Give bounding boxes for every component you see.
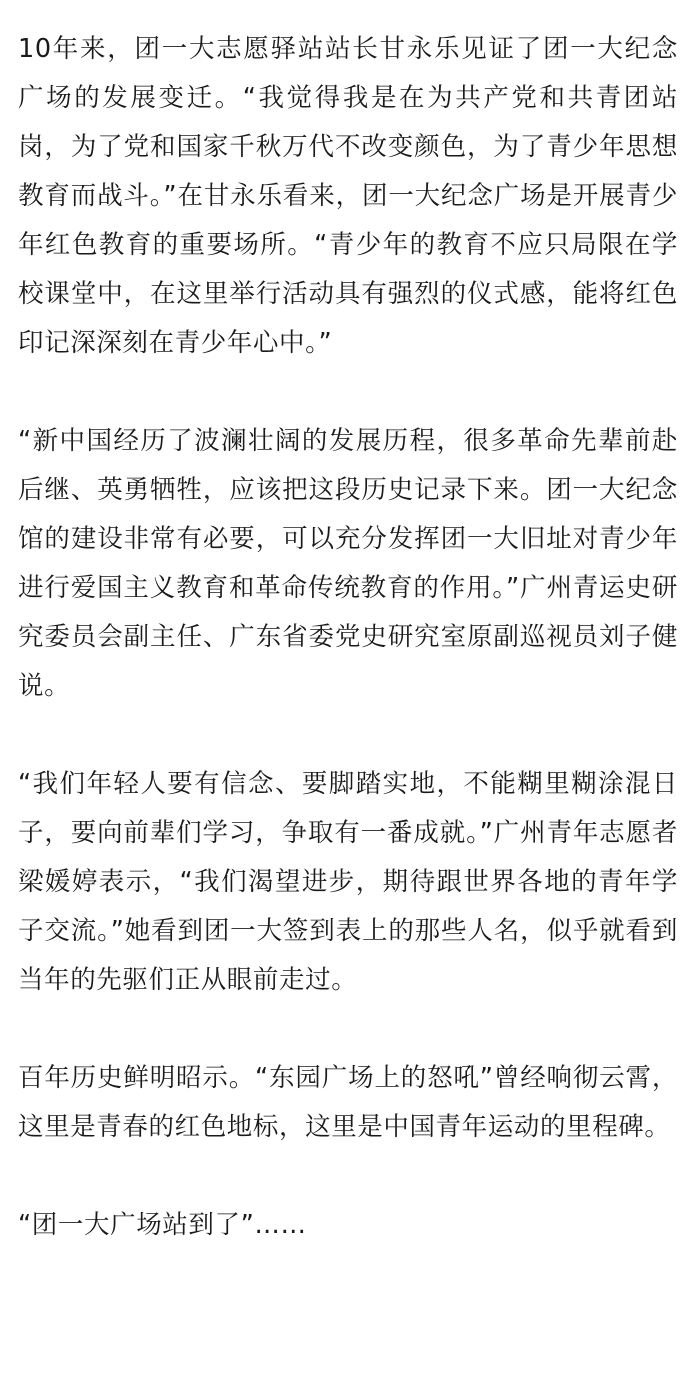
paragraph-youth-volunteer: “我们年轻人要有信念、要脚踏实地，不能糊里糊涂混日子，要向前辈们学习，争取有一番…	[18, 760, 678, 1005]
paragraph-historic-landmark: 百年历史鲜明昭示。“东园广场上的怒吼”曾经响彻云霄，这里是青春的红色地标，这里是…	[18, 1054, 678, 1152]
paragraph-volunteer-station: 10年来，团一大志愿驿站站长甘永乐见证了团一大纪念广场的发展变迁。“我觉得我是在…	[18, 25, 678, 368]
article-body: 10年来，团一大志愿驿站站长甘永乐见证了团一大纪念广场的发展变迁。“我觉得我是在…	[18, 25, 678, 1250]
paragraph-closing: “团一大广场站到了”……	[18, 1201, 678, 1250]
paragraph-historian-quote: “新中国经历了波澜壮阔的发展历程，很多革命先辈前赴后继、英勇牺牲，应该把这段历史…	[18, 417, 678, 711]
